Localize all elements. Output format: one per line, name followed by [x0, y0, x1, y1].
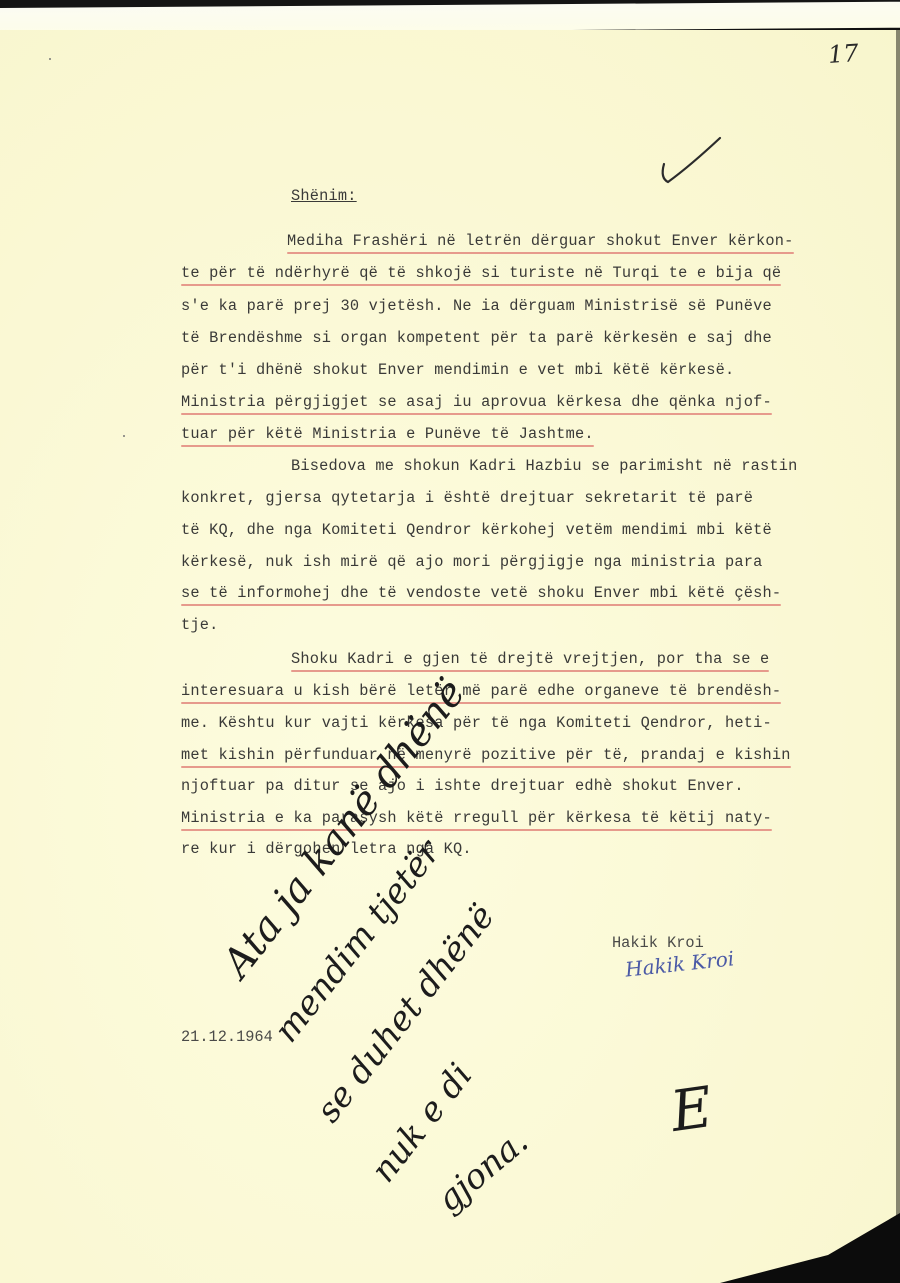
text-line: Ministria e ka parasysh këtë rregull për… — [181, 809, 772, 827]
text-line: Shoku Kadri e gjen të drejtë vrejtjen, p… — [291, 650, 769, 668]
page-right-edge — [896, 30, 900, 1230]
text-line-p1-l5: për t'i dhënë shokut Enver mendimin e ve… — [181, 361, 734, 379]
text-line-p3-l5: njoftuar pa ditur se ajo i ishte drejtua… — [181, 777, 744, 795]
speck — [123, 435, 125, 437]
text-line: Mediha Frashëri në letrën dërguar shokut… — [287, 232, 794, 250]
text-line-p3-l4: met kishin përfunduar në menyrë pozitive… — [181, 746, 791, 764]
text-line-p2-l6: tje. — [181, 616, 219, 634]
text-line-p3-l2: interesuara u kish bërë letër më parë ed… — [181, 682, 781, 700]
page-number: 17 — [827, 39, 859, 69]
text-line-p3-l1: Shoku Kadri e gjen të drejtë vrejtjen, p… — [291, 650, 769, 668]
document-heading: Shënim: — [291, 187, 357, 205]
text-line: Ministria përgjigjet se asaj iu aprovua … — [181, 393, 772, 411]
typed-signature: Hakik Kroi — [612, 934, 704, 952]
text-line-p2-l1: Bisedova me shokun Kadri Hazbiu se parim… — [291, 457, 798, 475]
speck — [49, 58, 51, 60]
text-line-p1-l2: te për të ndërhyrë që të shkojë si turis… — [181, 264, 781, 282]
text-line: te për të ndërhyrë që të shkojë si turis… — [181, 264, 781, 282]
text-line-p3-l7: re kur i dërgohen letra nga KQ. — [181, 840, 472, 858]
text-line-p2-l4: kërkesë, nuk ish mirë që ajo mori përgji… — [181, 553, 763, 571]
text-line-p2-l5: se të informohej dhe të vendoste vetë sh… — [181, 584, 781, 602]
text-line-p1-l6: Ministria përgjigjet se asaj iu aprovua … — [181, 393, 772, 411]
document-date: 21.12.1964 — [181, 1028, 273, 1046]
text-line: se të informohej dhe të vendoste vetë sh… — [181, 584, 781, 602]
text-line-p1-l1: Mediha Frashëri në letrën dërguar shokut… — [287, 232, 794, 250]
text-line-p3-l3: me. Kështu kur vajti kërkesa për të nga … — [181, 714, 772, 732]
text-line: tuar për këtë Ministria e Punëve të Jash… — [181, 425, 594, 443]
text-line-p1-l3: s'e ka parë prej 30 vjetësh. Ne ia dërgu… — [181, 297, 772, 315]
checkmark-icon — [656, 130, 726, 190]
text-line-p2-l3: të KQ, dhe nga Komiteti Qendror kërkohej… — [181, 521, 772, 539]
text-line-p1-l7: tuar për këtë Ministria e Punëve të Jash… — [181, 425, 594, 443]
text-line: met kishin përfunduar në menyrë pozitive… — [181, 746, 791, 764]
text-line-p3-l6: Ministria e ka parasysh këtë rregull për… — [181, 809, 772, 827]
text-line: interesuara u kish bërë letër më parë ed… — [181, 682, 781, 700]
text-line-p1-l4: të Brendëshme si organ kompetent për ta … — [181, 329, 772, 347]
text-line-p2-l2: konkret, gjersa qytetarja i është drejtu… — [181, 489, 753, 507]
